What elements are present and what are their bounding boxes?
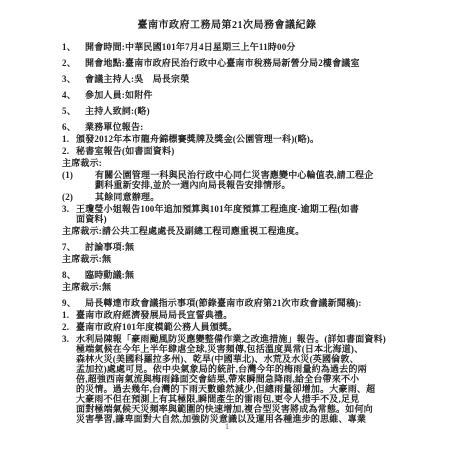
document-line: 主席裁示:無 bbox=[62, 254, 392, 264]
document-line: 3.王瓊瑩小姐報告100年追加預算與101年度預算工程進度-逾期工程(如書 bbox=[62, 204, 392, 214]
line-number: 3. bbox=[62, 204, 76, 214]
line-text: 倍,超強西南氣流與梅雨鋒面交會結果,帶來瞬間急降雨,給全台帶來不小 bbox=[76, 374, 392, 384]
document-page: 臺南市政府工務局第21次局務會議紀錄 1、開會時間:中華民國101年7月4日星期… bbox=[0, 0, 452, 452]
line-number: (1) bbox=[62, 170, 95, 180]
line-text: 王瓊瑩小姐報告100年追加預算與101年度預算工程進度-逾期工程(如書 bbox=[76, 204, 392, 214]
line-text: 主席裁示:無 bbox=[62, 282, 392, 292]
line-text: 的災情。過去幾年,台灣的下雨天數雖然減少,但總雨量卻增加。大豪雨、超 bbox=[76, 384, 392, 394]
document-line: (2)其餘同意辦理。 bbox=[62, 192, 392, 202]
line-text: 孟加拉)處處可見。依中央氣象局的統計,台灣今年的梅雨量約為過去的兩 bbox=[76, 364, 392, 374]
document-line: 劃科重新安排,並於一週內向局長報告安排情形。 bbox=[62, 180, 392, 190]
line-number: 3. bbox=[62, 334, 76, 344]
document-line: 5、主持人致詞:(略) bbox=[62, 106, 392, 116]
document-line: 7、討論事項:無 bbox=[62, 242, 392, 252]
document-line: 1.臺南市政府經濟發展局局長宣誓典禮。 bbox=[62, 310, 392, 320]
document-line: 面對極端氣候天災頻率與範圍的快速增加,複合型災害將成為常態。如何向 bbox=[62, 404, 392, 414]
document-line: 森林火災(美國科羅拉多州)、乾旱(中國華北)、水荒及水災(英國倫敦、 bbox=[62, 354, 392, 364]
line-text: 面對極端氣候天災頻率與範圍的快速增加,複合型災害將成為常態。如何向 bbox=[76, 404, 392, 414]
document-line: 1.頒發2012年本市龍舟錦標賽獎牌及獎金(公園管理一科)(略)。 bbox=[62, 134, 392, 144]
line-number: 7、 bbox=[62, 242, 85, 252]
document-content: 臺南市政府工務局第21次局務會議紀錄 1、開會時間:中華民國101年7月4日星期… bbox=[62, 20, 392, 424]
document-line: 極端氣候在今年上半年肆虐全球,災害頻傳,包括溫度異常(日本北海道)、 bbox=[62, 344, 392, 354]
line-number: 4、 bbox=[62, 90, 85, 100]
document-line: 面資料) bbox=[62, 214, 392, 224]
document-line: 3.水利局陳報「豪雨颱風防災應變整備作業之改進措施」報告。(詳如書面資料) bbox=[62, 334, 392, 344]
line-text: 局長轉達市政會議指示事項(節錄臺南市政府第21次市政會議新聞稿): bbox=[85, 298, 392, 308]
document-line: 的災情。過去幾年,台灣的下雨天數雖然減少,但總雨量卻增加。大豪雨、超 bbox=[62, 384, 392, 394]
line-text: 會議主持人:吳 局長宗榮 bbox=[85, 74, 392, 84]
line-number: 6、 bbox=[62, 122, 85, 132]
document-line: 4、參加人員:如附件 bbox=[62, 90, 392, 100]
line-text: 主席裁示: bbox=[62, 158, 392, 168]
line-text: 極端氣候在今年上半年肆虐全球,災害頻傳,包括溫度異常(日本北海道)、 bbox=[76, 344, 392, 354]
line-text: 開會時間:中華民國101年7月4日星期三上午11時00分 bbox=[85, 42, 392, 52]
document-line: 2、開會地點:臺南市政府民治行政中心臺南市稅務局新營分局2樓會議室 bbox=[62, 58, 392, 68]
document-line: 主席裁示:無 bbox=[62, 282, 392, 292]
document-line: 孟加拉)處處可見。依中央氣象局的統計,台灣今年的梅雨量約為過去的兩 bbox=[62, 364, 392, 374]
line-number: (2) bbox=[62, 192, 95, 202]
document-line: 大豪雨不但在預測上有其極限,瞬間產生的雷雨包,更令人措手不及,足見 bbox=[62, 394, 392, 404]
line-number: 1. bbox=[62, 134, 76, 144]
line-text: 頒發2012年本市龍舟錦標賽獎牌及獎金(公園管理一科)(略)。 bbox=[76, 134, 392, 144]
line-text: 臨時動議:無 bbox=[85, 270, 392, 280]
line-number: 2. bbox=[62, 146, 76, 156]
line-text: 面資料) bbox=[76, 214, 392, 224]
document-line: 倍,超強西南氣流與梅雨鋒面交會結果,帶來瞬間急降雨,給全台帶來不小 bbox=[62, 374, 392, 384]
line-text: 秘書室報告(如書面資料) bbox=[76, 146, 392, 156]
document-line: (1)有關公園管理一科與民治行政中心同仁災害應變中心輪值表,請工程企 bbox=[62, 170, 392, 180]
line-text: 其餘同意辦理。 bbox=[95, 192, 392, 202]
line-text: 臺南市政府經濟發展局局長宣誓典禮。 bbox=[76, 310, 392, 320]
document-line: 9、局長轉達市政會議指示事項(節錄臺南市政府第21次市政會議新聞稿): bbox=[62, 298, 392, 308]
line-number: 3、 bbox=[62, 74, 85, 84]
line-number: 5、 bbox=[62, 106, 85, 116]
document-line: 3、會議主持人:吳 局長宗榮 bbox=[62, 74, 392, 84]
line-number: 2. bbox=[62, 322, 76, 332]
line-text: 主席裁示:無 bbox=[62, 254, 392, 264]
document-line: 1、開會時間:中華民國101年7月4日星期三上午11時00分 bbox=[62, 42, 392, 52]
document-line: 2.秘書室報告(如書面資料) bbox=[62, 146, 392, 156]
line-number: 8、 bbox=[62, 270, 85, 280]
line-number: 1、 bbox=[62, 42, 85, 52]
document-lines: 1、開會時間:中華民國101年7月4日星期三上午11時00分2、開會地點:臺南市… bbox=[62, 42, 392, 424]
line-text: 水利局陳報「豪雨颱風防災應變整備作業之改進措施」報告。(詳如書面資料) bbox=[76, 334, 392, 344]
line-number: 2、 bbox=[62, 58, 85, 68]
document-line: 6、業務單位報告: bbox=[62, 122, 392, 132]
line-text: 臺南市政府101年度模範公務人員頒獎。 bbox=[76, 322, 392, 332]
line-text: 主持人致詞:(略) bbox=[85, 106, 392, 116]
line-text: 森林火災(美國科羅拉多州)、乾旱(中國華北)、水荒及水災(英國倫敦、 bbox=[76, 354, 392, 364]
line-text: 討論事項:無 bbox=[85, 242, 392, 252]
page-number: 1 bbox=[62, 422, 392, 431]
line-text: 主席裁示:請公共工程處處長及副總工程司應重視工程進度。 bbox=[62, 226, 392, 236]
line-text: 劃科重新安排,並於一週內向局長報告安排情形。 bbox=[95, 180, 392, 190]
line-text: 大豪雨不但在預測上有其極限,瞬間產生的雷雨包,更令人措手不及,足見 bbox=[76, 394, 392, 404]
line-text: 開會地點:臺南市政府民治行政中心臺南市稅務局新營分局2樓會議室 bbox=[85, 58, 392, 68]
document-title: 臺南市政府工務局第21次局務會議紀錄 bbox=[62, 20, 392, 32]
line-text: 業務單位報告: bbox=[85, 122, 392, 132]
line-number: 1. bbox=[62, 310, 76, 320]
document-line: 主席裁示:請公共工程處處長及副總工程司應重視工程進度。 bbox=[62, 226, 392, 236]
line-number: 9、 bbox=[62, 298, 85, 308]
line-text: 有關公園管理一科與民治行政中心同仁災害應變中心輪值表,請工程企 bbox=[95, 170, 392, 180]
document-line: 8、臨時動議:無 bbox=[62, 270, 392, 280]
line-text: 參加人員:如附件 bbox=[85, 90, 392, 100]
document-line: 主席裁示: bbox=[62, 158, 392, 168]
document-line: 2.臺南市政府101年度模範公務人員頒獎。 bbox=[62, 322, 392, 332]
